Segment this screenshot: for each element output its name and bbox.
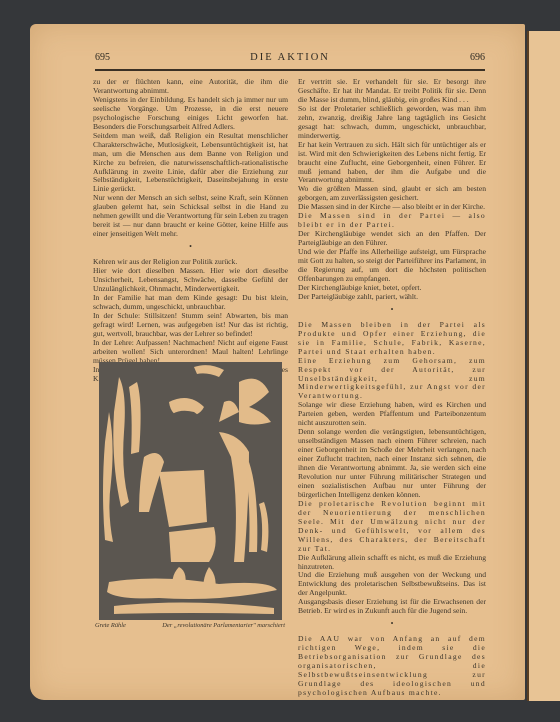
paragraph: Hier wie dort dieselben Massen. Hier wie… (93, 267, 288, 294)
emphasized-paragraph: Die AAU war von Anfang an auf dem richti… (298, 635, 486, 698)
section-separator: • (93, 243, 288, 252)
paragraph: Er vertritt sie. Er verhandelt für sie. … (298, 78, 486, 105)
left-column: zu der er flüchten kann, eine Autorität,… (93, 78, 288, 383)
adjacent-page-edge (527, 31, 560, 701)
paragraph: Und wie der Pfaffe ins Allerheilige aufs… (298, 248, 486, 284)
right-column: Er vertritt sie. Er verhandelt für sie. … (298, 78, 486, 698)
paragraph: Nur wenn der Mensch an sich selbst, sein… (93, 194, 288, 239)
page-number-right: 696 (470, 52, 485, 63)
paragraph: Er hat kein Vertrauen zu sich. Hält sich… (298, 141, 486, 186)
woodcut-illustration (99, 362, 282, 620)
caption-title: Der „revolutionäre Parlamentarier" marsc… (162, 622, 285, 629)
paragraph: Ausgangsbasis dieser Erziehung ist für d… (298, 598, 486, 616)
paragraph: Der Parteigläubige zahlt, pariert, wählt… (298, 293, 486, 302)
paragraph: Denn solange werden die verängstigten, l… (298, 428, 486, 500)
page-header: 695 DIE AKTION 696 (95, 52, 485, 68)
paragraph: Seitdem man weiß, daß Religion ein Resul… (93, 132, 288, 195)
paragraph: Der Kirchengläubige wendet sich an den P… (298, 230, 486, 248)
magazine-title: DIE AKTION (95, 52, 485, 63)
paragraph: Wenigstens in der Einbildung. Es handelt… (93, 96, 288, 132)
paragraph: Und die Erziehung muß ausgehen von der W… (298, 571, 486, 598)
emphasized-paragraph: Die Massen bleiben in der Partei als Pro… (298, 321, 486, 357)
woodcut-figure-icon (99, 362, 282, 620)
caption-artist: Grete Rühle (95, 622, 126, 629)
section-separator: • (298, 306, 486, 315)
paragraph: So ist der Proletarier schließlich gewor… (298, 105, 486, 141)
paragraph: Die Aufklärung allein schafft es nicht, … (298, 554, 486, 572)
paragraph: In der Schule: Stillsitzen! Stumm sein! … (93, 312, 288, 339)
emphasized-paragraph: Eine Erziehung zum Gehorsam, zum Respekt… (298, 357, 486, 402)
paragraph: In der Familie hat man dem Kinde gesagt:… (93, 294, 288, 312)
section-separator: • (298, 620, 486, 629)
header-rule (95, 69, 485, 71)
paragraph: zu der er flüchten kann, eine Autorität,… (93, 78, 288, 96)
emphasized-paragraph: Die proletarische Revolution beginnt mit… (298, 500, 486, 554)
paragraph: Solange wir diese Erziehung haben, wird … (298, 401, 486, 428)
emphasized-paragraph: Die Massen sind in der Partei — also ble… (298, 212, 486, 230)
paragraph: Wo die größten Massen sind, glaubt er si… (298, 185, 486, 203)
